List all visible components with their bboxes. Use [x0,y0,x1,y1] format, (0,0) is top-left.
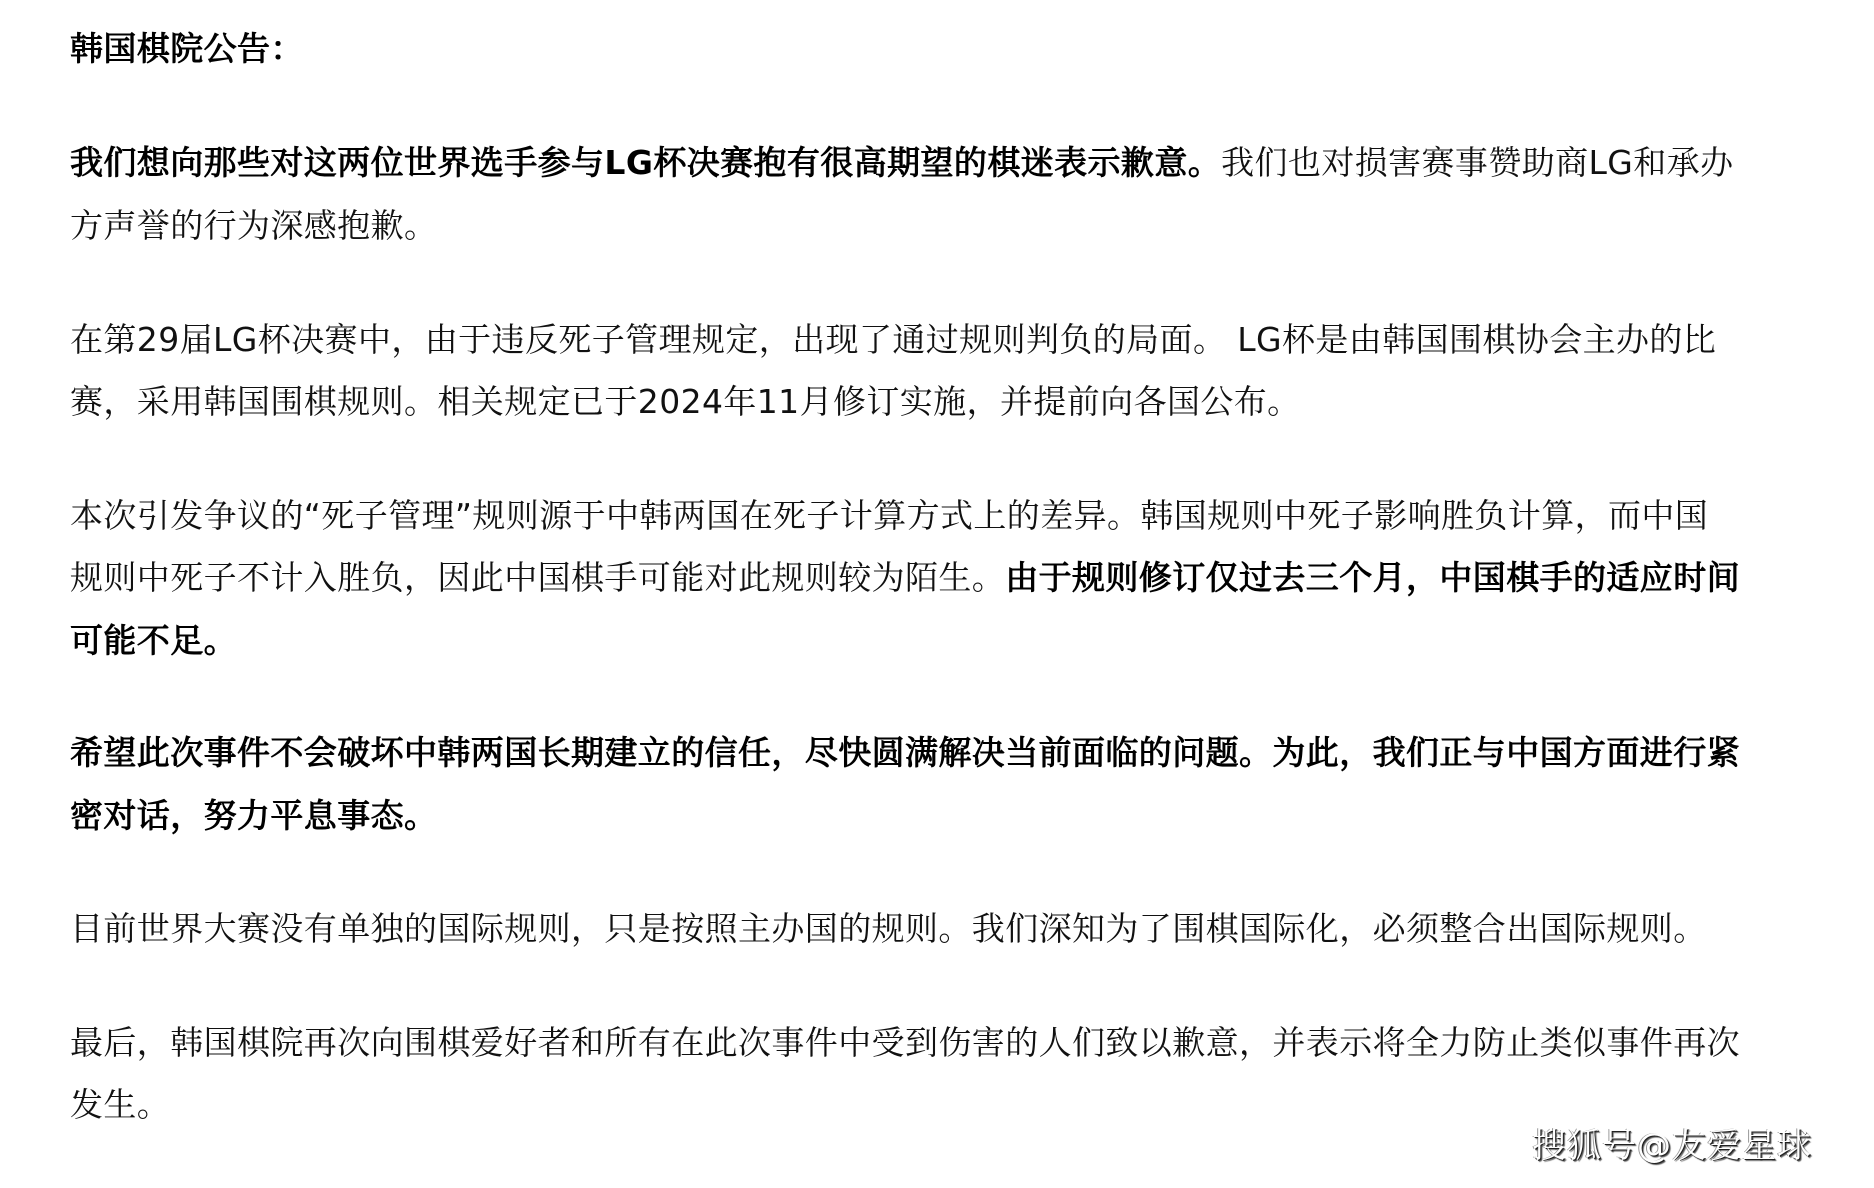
body-text: 在第29届LG杯决赛中，由于违反死子管理规定，出现了通过规则判负的局面。 LG杯… [70,320,1716,359]
body-text: 赛，采用韩国围棋规则。相关规定已于2024年11月修订实施，并提前向各国公布。 [70,382,1301,421]
bold-emphasis-text: 希望此次事件不会破坏中韩两国长期建立的信任，尽快圆满解决当前面临的问题。为此，我… [70,733,1740,772]
body-text: 发生。 [70,1085,170,1124]
sohu-watermark: 搜狐号@友爱星球 [1532,1124,1812,1168]
paragraph-5-line-1: 目前世界大赛没有单独的国际规则，只是按照主办国的规则。我们深知为了围棋国际化，必… [70,909,1707,949]
body-text: 本次引发争议的“死子管理”规则源于中韩两国在死子计算方式上的差异。韩国规则中死子… [70,496,1708,535]
paragraph-1-line-2: 方声誉的行为深感抱歉。 [70,206,437,246]
body-text: 方声誉的行为深感抱歉。 [70,206,437,245]
body-text: 最后，韩国棋院再次向围棋爱好者和所有在此次事件中受到伤害的人们致以歉意，并表示将… [70,1023,1740,1062]
paragraph-6-line-2: 发生。 [70,1085,170,1125]
bold-apology-text: 我们想向那些对这两位世界选手参与LG杯决赛抱有很高期望的棋迷表示歉意。 [70,143,1221,182]
paragraph-2-line-2: 赛，采用韩国围棋规则。相关规定已于2024年11月修订实施，并提前向各国公布。 [70,382,1301,422]
paragraph-4-line-1: 希望此次事件不会破坏中韩两国长期建立的信任，尽快圆满解决当前面临的问题。为此，我… [70,733,1740,773]
paragraph-4-line-2: 密对话，努力平息事态。 [70,796,437,836]
body-text: 规则中死子不计入胜负，因此中国棋手可能对此规则较为陌生。 [70,558,1005,597]
bold-emphasis-text: 密对话，努力平息事态。 [70,796,437,835]
body-text: 目前世界大赛没有单独的国际规则，只是按照主办国的规则。我们深知为了围棋国际化，必… [70,909,1707,948]
announcement-title: 韩国棋院公告： [70,29,304,69]
paragraph-3-line-2: 规则中死子不计入胜负，因此中国棋手可能对此规则较为陌生。由于规则修订仅过去三个月… [70,558,1740,598]
bold-emphasis-text: 由于规则修订仅过去三个月，中国棋手的适应时间 [1005,558,1740,597]
paragraph-3-line-1: 本次引发争议的“死子管理”规则源于中韩两国在死子计算方式上的差异。韩国规则中死子… [70,496,1708,536]
paragraph-3-line-3: 可能不足。 [70,621,237,661]
paragraph-1-line-1: 我们想向那些对这两位世界选手参与LG杯决赛抱有很高期望的棋迷表示歉意。我们也对损… [70,143,1733,183]
body-text: 我们也对损害赛事赞助商LG和承办 [1221,143,1733,182]
bold-emphasis-text: 可能不足。 [70,621,237,660]
paragraph-2-line-1: 在第29届LG杯决赛中，由于违反死子管理规定，出现了通过规则判负的局面。 LG杯… [70,320,1716,360]
paragraph-6-line-1: 最后，韩国棋院再次向围棋爱好者和所有在此次事件中受到伤害的人们致以歉意，并表示将… [70,1023,1740,1063]
